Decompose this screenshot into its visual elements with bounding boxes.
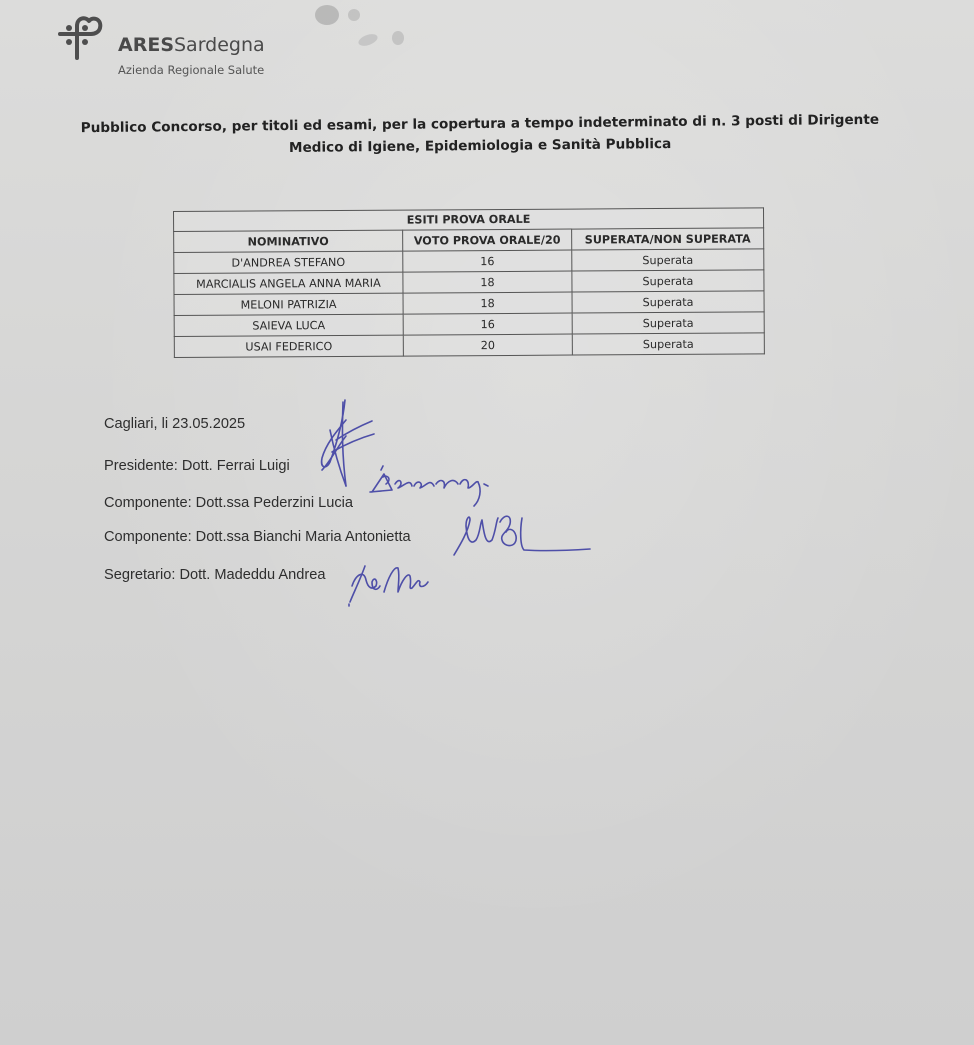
cell-score: 18 — [403, 292, 572, 314]
cell-score: 20 — [403, 334, 572, 356]
signature-presidente-icon — [322, 400, 374, 486]
cell-name: SAIEVA LUCA — [174, 314, 403, 336]
cell-name: D'ANDREA STEFANO — [174, 251, 403, 273]
cell-name: MARCIALIS ANGELA ANNA MARIA — [174, 272, 403, 294]
ares-sardegna-logo: ARESSardegna Azienda Regionale Salute — [55, 12, 285, 68]
cell-outcome: Superata — [572, 312, 764, 334]
signature-pederzini-icon — [370, 466, 488, 506]
ares-sardegna-logo-icon — [55, 12, 107, 64]
table-row: USAI FEDERICO 20 Superata — [174, 333, 764, 358]
place-date: Cagliari, li 23.05.2025 — [104, 416, 245, 432]
paper-stains — [300, 0, 420, 60]
column-header-esito: SUPERATA/NON SUPERATA — [572, 228, 764, 250]
results-table: ESITI PROVA ORALE NOMINATIVO VOTO PROVA … — [173, 207, 765, 358]
signatory-componente-2: Componente: Dott.ssa Bianchi Maria Anton… — [104, 529, 411, 545]
signature-madeddu-icon — [349, 566, 428, 606]
cell-outcome: Superata — [572, 270, 764, 292]
cell-outcome: Superata — [572, 291, 764, 313]
brand-name-regular: Sardegna — [174, 34, 265, 56]
results-table-container: ESITI PROVA ORALE NOMINATIVO VOTO PROVA … — [173, 207, 765, 358]
signatory-componente-1: Componente: Dott.ssa Pederzini Lucia — [104, 495, 353, 511]
brand-subtitle: Azienda Regionale Salute — [118, 63, 264, 77]
cell-outcome: Superata — [572, 333, 764, 355]
signatory-presidente: Presidente: Dott. Ferrai Luigi — [104, 458, 290, 474]
cell-score: 18 — [403, 271, 572, 293]
cell-name: USAI FEDERICO — [174, 335, 403, 357]
column-header-nominativo: NOMINATIVO — [174, 230, 403, 252]
brand-name: ARESSardegna — [118, 34, 265, 56]
cell-score: 16 — [403, 250, 572, 272]
signature-bianchi-icon — [454, 516, 590, 555]
brand-name-bold: ARES — [118, 34, 174, 56]
document-title: Pubblico Concorso, per titoli ed esami, … — [40, 108, 920, 161]
column-header-voto: VOTO PROVA ORALE/20 — [403, 229, 572, 251]
cell-outcome: Superata — [572, 249, 764, 271]
cell-name: MELONI PATRIZIA — [174, 293, 403, 315]
cell-score: 16 — [403, 313, 572, 335]
signatory-segretario: Segretario: Dott. Madeddu Andrea — [104, 567, 325, 583]
